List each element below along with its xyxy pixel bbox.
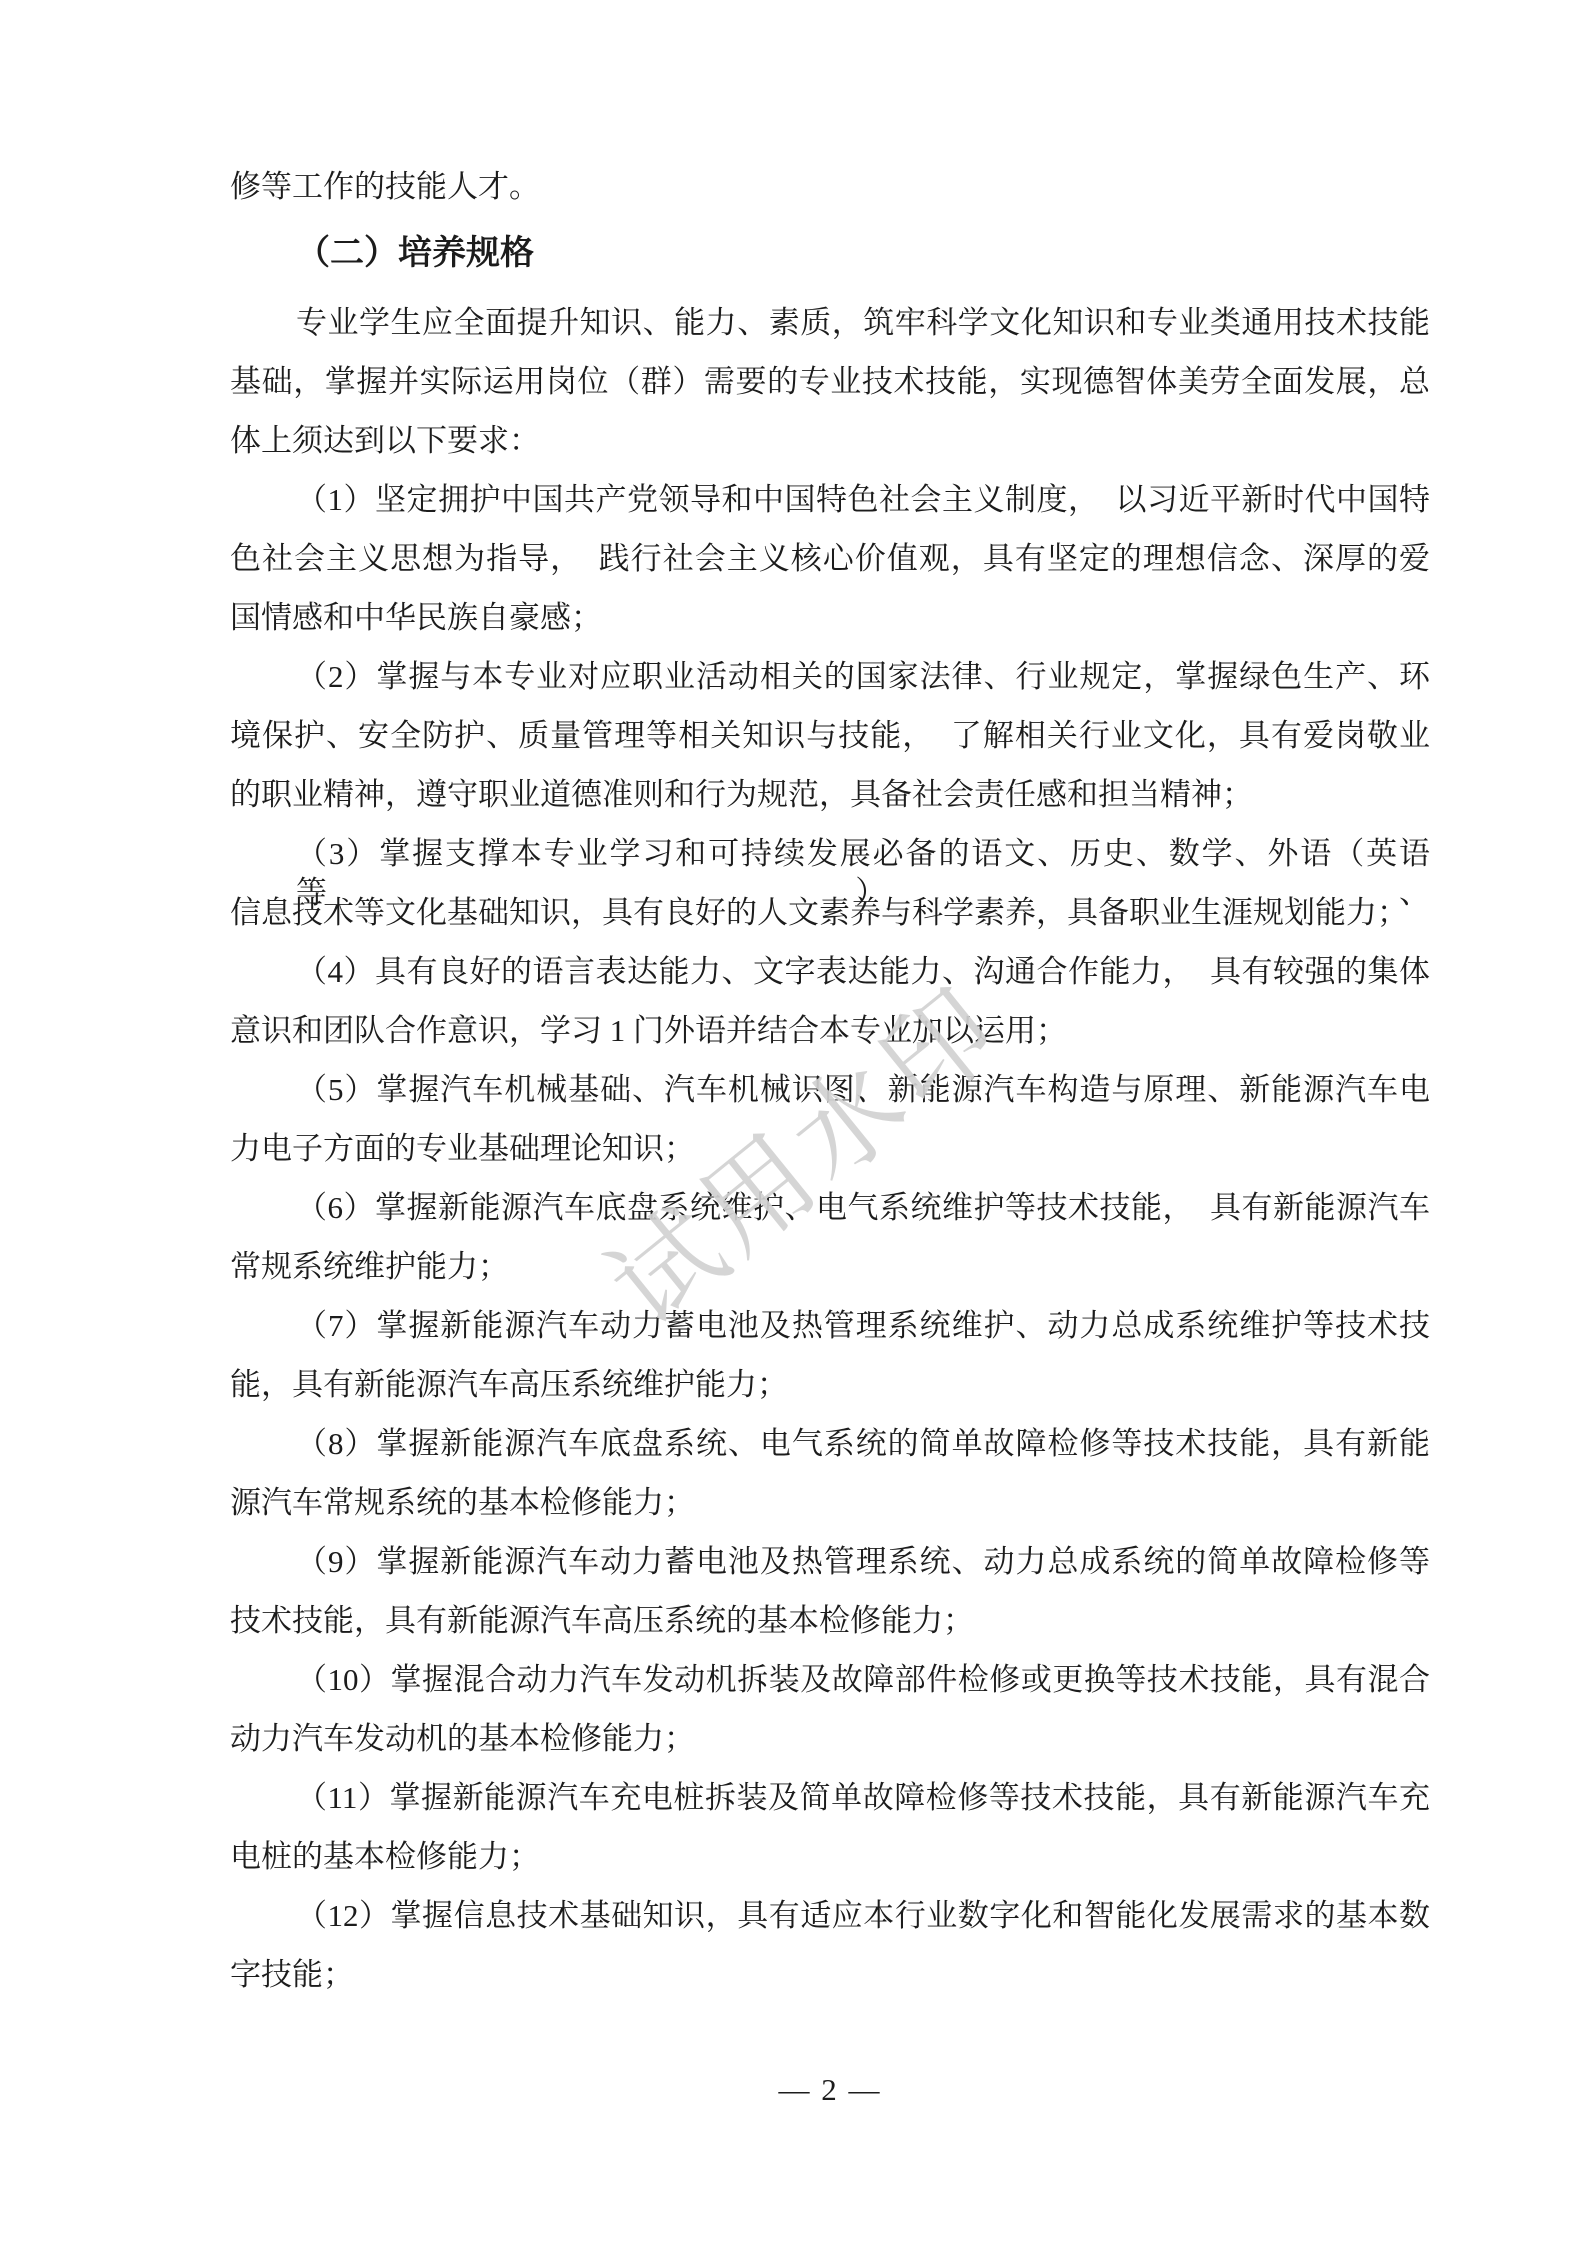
text-line: 色社会主义思想为指导， 践行社会主义核心价值观，具有坚定的理想信念、深厚的爱: [230, 540, 1430, 579]
text-line: 信息技术等文化基础知识，具有良好的人文素养与科学素养，具备职业生涯规划能力；: [230, 894, 1430, 933]
section-heading: （二）培养规格: [230, 233, 1430, 276]
text-line: 专业学生应全面提升知识、能力、素质，筑牢科学文化知识和专业类通用技术技能: [230, 304, 1430, 343]
text-line: （7）掌握新能源汽车动力蓄电池及热管理系统维护、动力总成系统维护等技术技: [230, 1307, 1430, 1346]
text-line: 基础，掌握并实际运用岗位（群）需要的专业技术技能，实现德智体美劳全面发展，总: [230, 363, 1430, 402]
text-line: 修等工作的技能人才。: [230, 168, 1430, 207]
text-line: （6）掌握新能源汽车底盘系统维护、电气系统维护等技术技能， 具有新能源汽车: [230, 1189, 1430, 1228]
text-line: 意识和团队合作意识，学习 1 门外语并结合本专业加以运用；: [230, 1012, 1430, 1051]
text-line: （4）具有良好的语言表达能力、文字表达能力、沟通合作能力， 具有较强的集体: [230, 953, 1430, 992]
text-line: （11）掌握新能源汽车充电桩拆装及简单故障检修等技术技能，具有新能源汽车充: [230, 1779, 1430, 1818]
document-page: 修等工作的技能人才。（二）培养规格专业学生应全面提升知识、能力、素质，筑牢科学文…: [0, 0, 1587, 2245]
text-line: （8）掌握新能源汽车底盘系统、电气系统的简单故障检修等技术技能，具有新能: [230, 1425, 1430, 1464]
text-line: （5）掌握汽车机械基础、汽车机械识图、新能源汽车构造与原理、新能源汽车电: [230, 1071, 1430, 1110]
text-line: 动力汽车发动机的基本检修能力；: [230, 1720, 1430, 1759]
text-line: 技术技能，具有新能源汽车高压系统的基本检修能力；: [230, 1602, 1430, 1641]
text-line: 国情感和中华民族自豪感；: [230, 599, 1430, 638]
text-line: （12）掌握信息技术基础知识，具有适应本行业数字化和智能化发展需求的基本数: [230, 1897, 1430, 1936]
page-number: — 2 —: [230, 2072, 1430, 2108]
text-line: 常规系统维护能力；: [230, 1248, 1430, 1287]
text-line: 的职业精神，遵守职业道德准则和行为规范，具备社会责任感和担当精神；: [230, 776, 1430, 815]
text-line: 力电子方面的专业基础理论知识；: [230, 1130, 1430, 1169]
text-line: 电桩的基本检修能力；: [230, 1838, 1430, 1877]
text-line: （10）掌握混合动力汽车发动机拆装及故障部件检修或更换等技术技能，具有混合: [230, 1661, 1430, 1700]
text-line: 体上须达到以下要求：: [230, 422, 1430, 461]
text-line: 能，具有新能源汽车高压系统维护能力；: [230, 1366, 1430, 1405]
text-line: （2）掌握与本专业对应职业活动相关的国家法律、行业规定，掌握绿色生产、环: [230, 658, 1430, 697]
text-line: 字技能；: [230, 1956, 1430, 1995]
text-line: 源汽车常规系统的基本检修能力；: [230, 1484, 1430, 1523]
text-line: （1）坚定拥护中国共产党领导和中国特色社会主义制度， 以习近平新时代中国特: [230, 481, 1430, 520]
text-line: （9）掌握新能源汽车动力蓄电池及热管理系统、动力总成系统的简单故障检修等: [230, 1543, 1430, 1582]
text-line: 境保护、安全防护、质量管理等相关知识与技能， 了解相关行业文化，具有爱岗敬业: [230, 717, 1430, 756]
text-block: 修等工作的技能人才。（二）培养规格专业学生应全面提升知识、能力、素质，筑牢科学文…: [0, 0, 1587, 2245]
